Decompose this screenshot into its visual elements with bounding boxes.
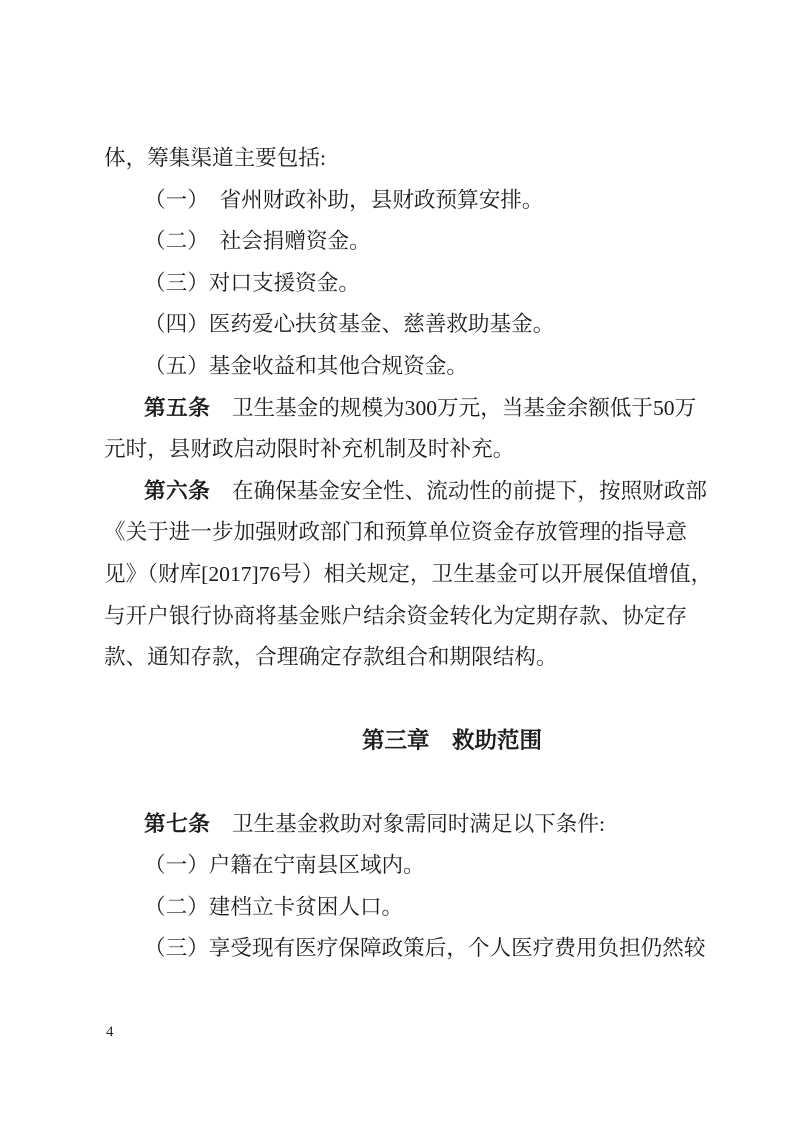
line-text: （二） 社会捐赠资金。: [144, 229, 371, 253]
funding-item-4: （四）医药爱心扶贫基金、慈善救助基金。: [104, 304, 724, 346]
article-5-line-1: 第五条 卫生基金的规模为300万元，当基金余额低于50万: [104, 388, 724, 430]
article-6-line-1: 第六条 在确保基金安全性、流动性的前提下，按照财政部: [104, 471, 724, 513]
line-text: 元时，县财政启动限时补充机制及时补充。: [104, 437, 514, 461]
line-text: （三）享受现有医疗保障政策后，个人医疗费用负担仍然较: [144, 936, 705, 960]
line-text: 卫生基金的规模为300万元，当基金余额低于50万: [210, 396, 696, 420]
line-text: 与开户银行协商将基金账户结余资金转化为定期存款、协定存: [104, 604, 687, 628]
line-text: （二）建档立卡贫困人口。: [144, 895, 403, 919]
article-6-line-4: 与开户银行协商将基金账户结余资金转化为定期存款、协定存: [104, 596, 724, 638]
paragraph-continuation: 体，筹集渠道主要包括:: [104, 138, 724, 180]
line-text: 款、通知存款，合理确定存款组合和期限结构。: [104, 645, 557, 669]
article-7-line-1: 第七条 卫生基金救助对象需同时满足以下条件:: [104, 804, 724, 846]
page-number: 4: [106, 1023, 114, 1041]
line-text: 卫生基金救助对象需同时满足以下条件:: [210, 812, 605, 836]
line-text: 在确保基金安全性、流动性的前提下，按照财政部: [210, 479, 707, 503]
eligibility-item-1: （一）户籍在宁南县区域内。: [104, 845, 724, 887]
article-6-line-5: 款、通知存款，合理确定存款组合和期限结构。: [104, 637, 724, 679]
funding-item-3: （三）对口支援资金。: [104, 263, 724, 305]
funding-item-2: （二） 社会捐赠资金。: [104, 221, 724, 263]
chapter-3-heading: 第三章 救助范围: [142, 720, 762, 762]
line-text: （三）对口支援资金。: [144, 271, 360, 295]
eligibility-item-3: （三）享受现有医疗保障政策后，个人医疗费用负担仍然较: [104, 928, 724, 970]
article-5-line-2: 元时，县财政启动限时补充机制及时补充。: [104, 429, 724, 471]
funding-item-5: （五）基金收益和其他合规资金。: [104, 346, 724, 388]
document-body: 体，筹集渠道主要包括: （一） 省州财政补助，县财政预算安排。 （二） 社会捐赠…: [104, 138, 724, 970]
line-text: 体，筹集渠道主要包括:: [104, 146, 326, 170]
eligibility-item-2: （二）建档立卡贫困人口。: [104, 887, 724, 929]
line-text: （一） 省州财政补助，县财政预算安排。: [144, 188, 543, 212]
document-page: 体，筹集渠道主要包括: （一） 省州财政补助，县财政预算安排。 （二） 社会捐赠…: [0, 0, 793, 1122]
funding-item-1: （一） 省州财政补助，县财政预算安排。: [104, 180, 724, 222]
line-text: 《关于进一步加强财政部门和预算单位资金存放管理的指导意: [104, 520, 687, 544]
line-text: （四）医药爱心扶贫基金、慈善救助基金。: [144, 312, 554, 336]
article-number: 第六条: [144, 479, 210, 503]
line-text: （五）基金收益和其他合规资金。: [144, 354, 468, 378]
article-6-line-3: 见》（财库[2017]76号）相关规定，卫生基金可以开展保值增值，: [104, 554, 724, 596]
article-6-line-2: 《关于进一步加强财政部门和预算单位资金存放管理的指导意: [104, 512, 724, 554]
line-text: （一）户籍在宁南县区域内。: [144, 853, 425, 877]
article-number: 第七条: [144, 812, 210, 836]
chapter-title-text: 第三章 救助范围: [362, 728, 542, 753]
line-text: 见》（财库[2017]76号）相关规定，卫生基金可以开展保值增值，: [104, 562, 712, 586]
article-number: 第五条: [144, 396, 210, 420]
